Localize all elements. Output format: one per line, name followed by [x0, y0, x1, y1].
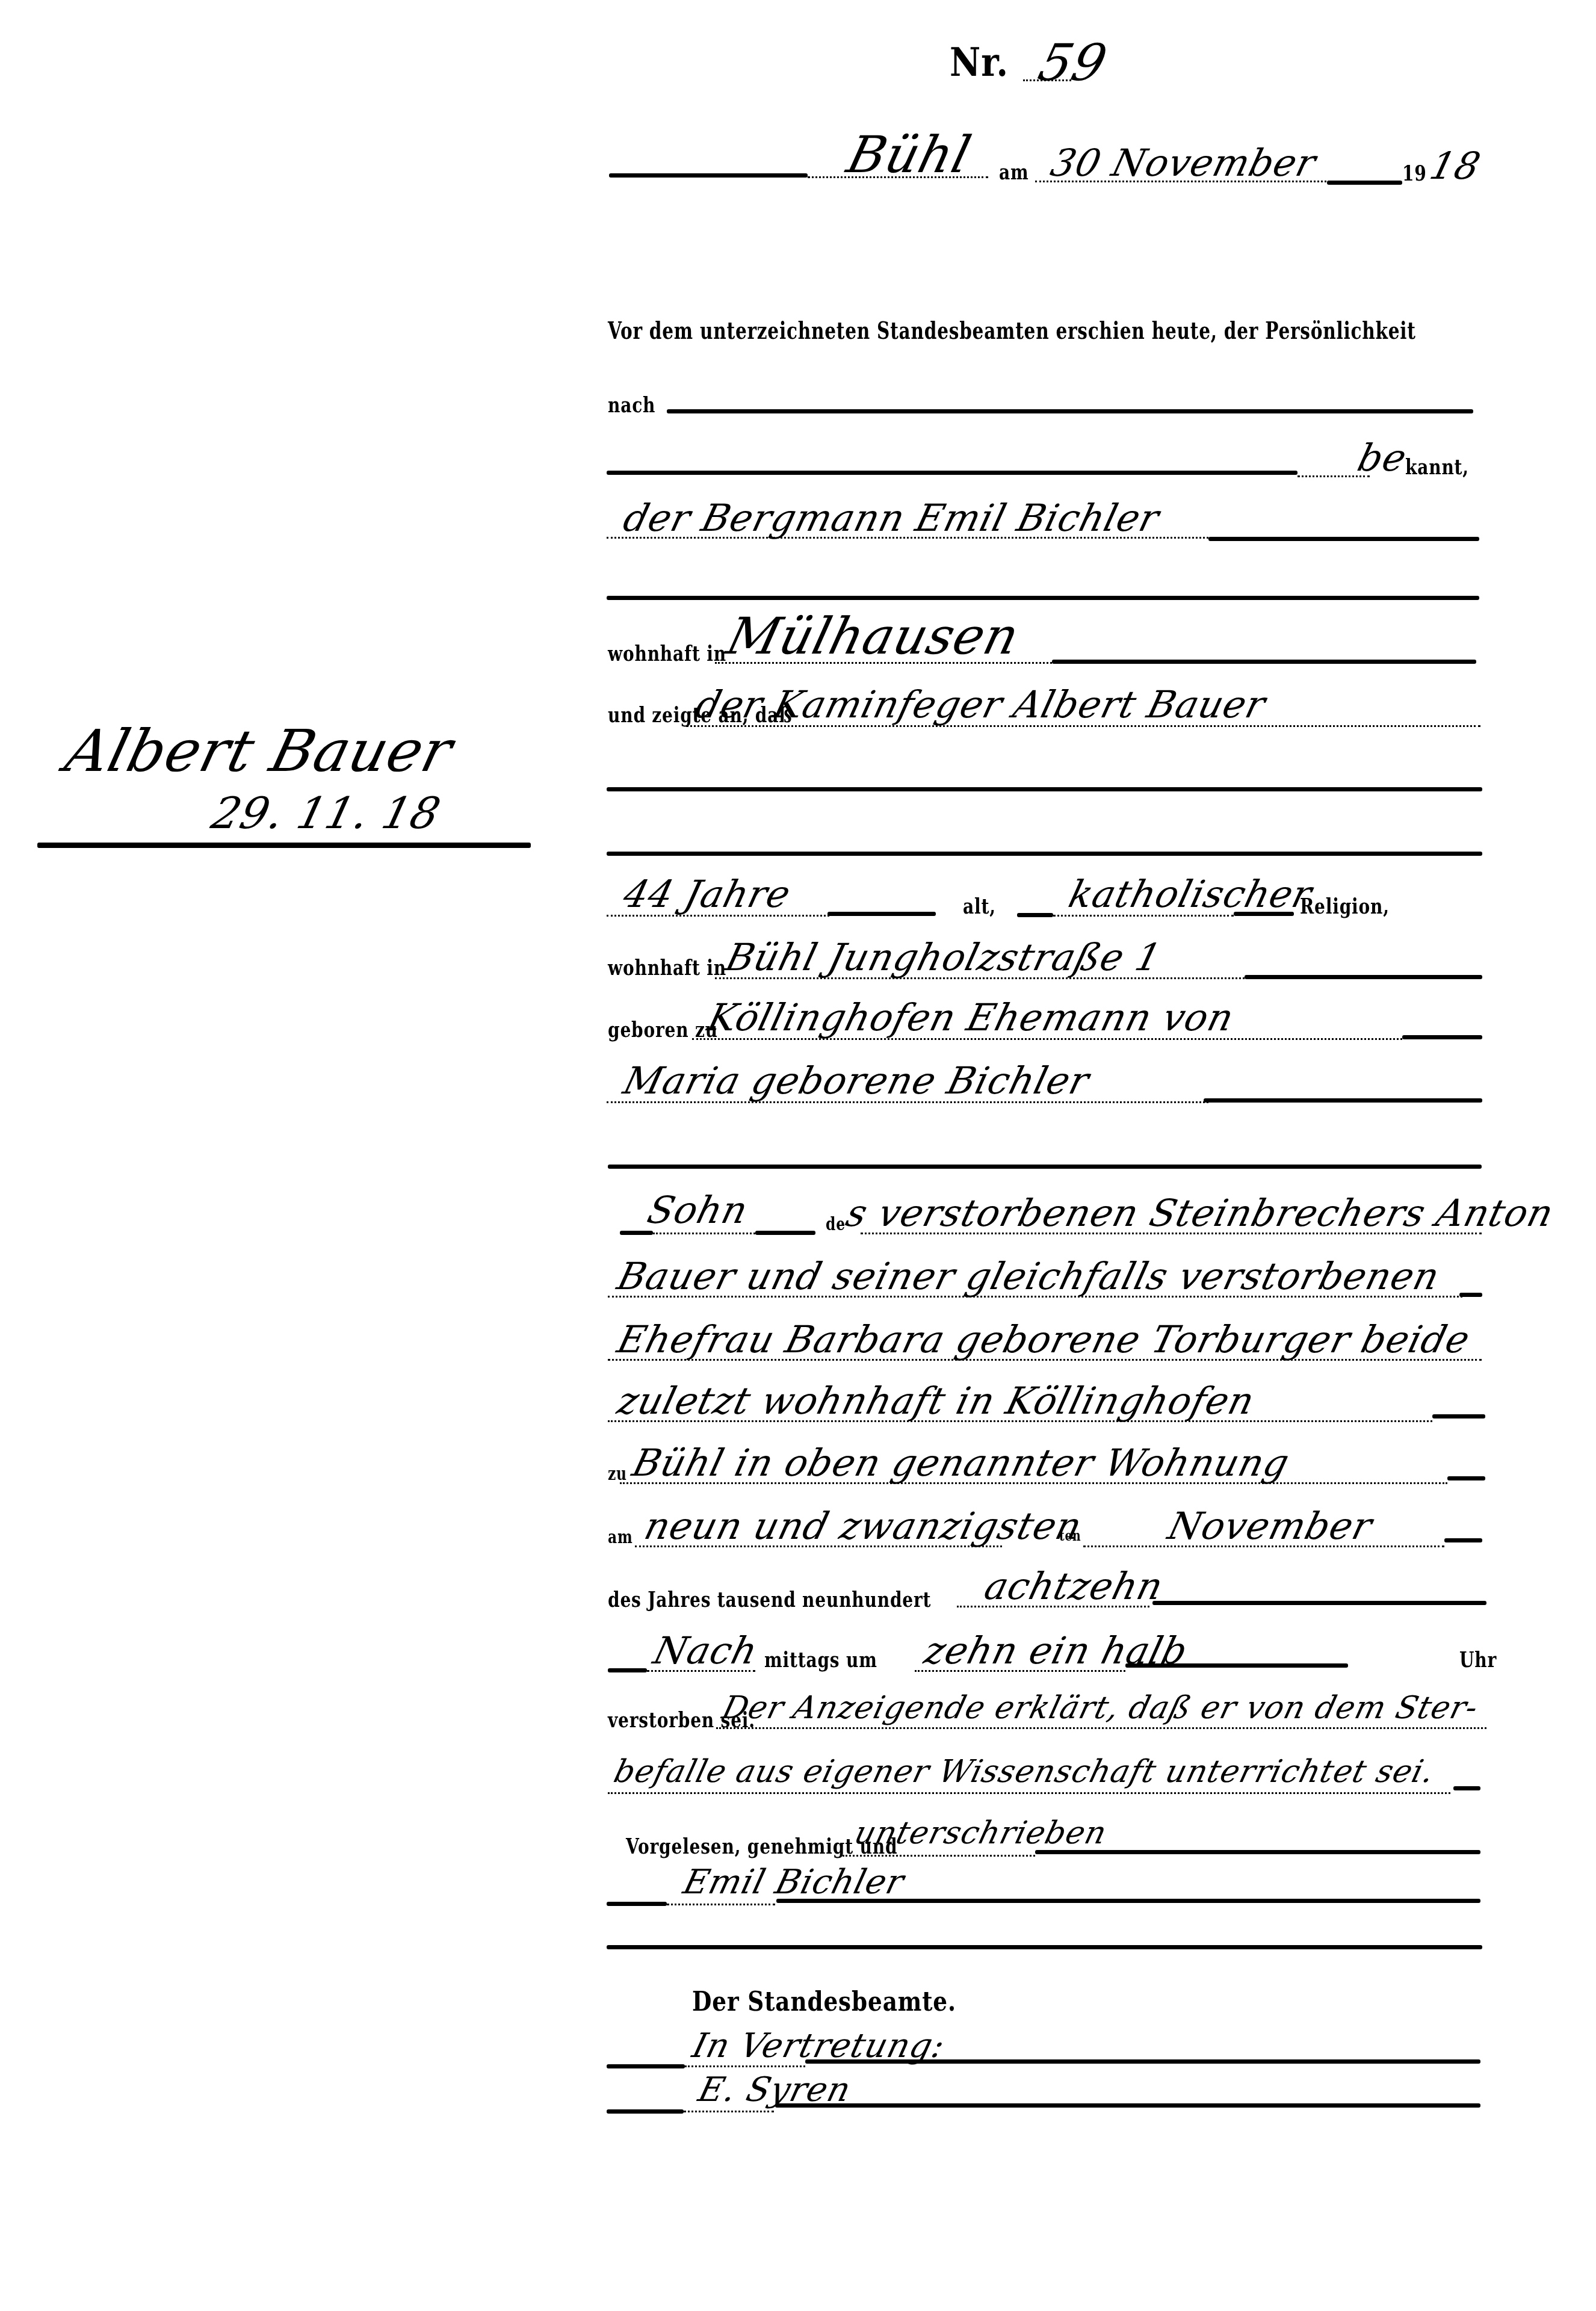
- age-rule: [827, 912, 936, 916]
- death-time-lead-rule: [608, 1668, 647, 1672]
- religion-rule: [1234, 912, 1294, 916]
- death-time-prefix: Nach: [650, 1632, 761, 1669]
- closing-rule: [1035, 1850, 1480, 1854]
- margin-note-name: Albert Bauer: [60, 722, 459, 780]
- record-year-suffix: 18: [1426, 147, 1484, 185]
- death-place-label: zu: [608, 1465, 627, 1483]
- deceased-age: 44 Jahre: [620, 876, 794, 913]
- residence-rule: [1245, 975, 1482, 979]
- death-month: November: [1165, 1508, 1376, 1545]
- record-place: Bühl: [843, 129, 976, 180]
- death-year: achtzehn: [981, 1568, 1167, 1605]
- bekannt-hand: be: [1354, 439, 1411, 477]
- official-signature: E. Syren: [695, 2073, 854, 2107]
- parents-line3: Ehefrau Barbara geborene Torburger beide: [614, 1321, 1474, 1358]
- remark-line2-dots: [608, 1792, 1450, 1794]
- death-place: Bühl in oben genannter Wohnung: [629, 1444, 1293, 1482]
- deceased-name: der Kaminfeger Albert Bauer: [692, 686, 1269, 723]
- death-day: neun und zwanzigsten: [641, 1508, 1086, 1545]
- death-time-label: mittags um: [764, 1649, 877, 1671]
- nach-label: nach: [608, 394, 655, 416]
- deputy-rule: [805, 2059, 1480, 2064]
- deceased-birthplace: Köllinghofen Ehemann von: [704, 999, 1238, 1036]
- place-lead-rule: [609, 173, 808, 178]
- spouse-rule: [1204, 1098, 1482, 1103]
- remark-line2-rule: [1453, 1786, 1480, 1790]
- informant-residence: Mülhausen: [722, 611, 1024, 661]
- informant-signature-dots: [667, 1904, 775, 1905]
- remark-line2: befalle aus eigener Wissenschaft unterri…: [611, 1756, 1438, 1787]
- blank-rule-2: [607, 787, 1482, 791]
- death-time-unit: Uhr: [1459, 1649, 1497, 1671]
- parents-line2-rule: [1459, 1293, 1482, 1297]
- informant-rule: [1208, 537, 1479, 541]
- residence-label: wohnhaft in: [608, 957, 726, 979]
- death-time-rule: [1125, 1663, 1348, 1668]
- deputy-lead-rule: [607, 2064, 685, 2068]
- death-date-label: am: [608, 1529, 633, 1547]
- informant-signature-rule: [776, 1899, 1480, 1903]
- record-date: 30 November: [1047, 144, 1320, 182]
- official-signature-lead-rule: [607, 2109, 684, 2114]
- death-place-rule: [1447, 1476, 1485, 1480]
- record-year-prefix: 19: [1402, 162, 1427, 184]
- parents-line4: zuletzt wohnhaft in Köllinghofen: [614, 1382, 1258, 1420]
- deceased-religion: katholischer: [1065, 876, 1316, 913]
- parents-line4-rule: [1432, 1414, 1485, 1418]
- blank-rule-5: [607, 1945, 1482, 1949]
- remark-line1-dots: [716, 1727, 1486, 1729]
- date-rule: [1327, 181, 1402, 185]
- age-label: alt,: [963, 896, 996, 917]
- parents-mid-rule: [755, 1231, 815, 1235]
- parent-intro-hand: Sohn: [644, 1192, 752, 1229]
- deceased-residence: Bühl Jungholzstraße 1: [722, 939, 1165, 976]
- deputy-dots: [685, 2065, 805, 2067]
- closing-dots: [843, 1855, 1035, 1857]
- informant-signature: Emil Bichler: [680, 1866, 908, 1899]
- parents-hand-dots: [653, 1233, 755, 1234]
- death-month-rule: [1444, 1538, 1482, 1542]
- official-signature-dots: [684, 2111, 774, 2112]
- register-number-label: Nr.: [950, 42, 1009, 82]
- remark-line1: Der Anzeigende erklärt, daß er von dem S…: [719, 1692, 1481, 1724]
- religion-label: Religion,: [1300, 896, 1390, 917]
- birth-label: geboren zu: [608, 1019, 718, 1041]
- bekannt-rule: [607, 471, 1298, 475]
- official-deputy: In Vertretung:: [689, 2029, 948, 2063]
- official-signature-rule: [775, 2103, 1480, 2108]
- closing-hand: unterschrieben: [852, 1818, 1110, 1849]
- nach-rule: [667, 409, 1473, 413]
- margin-note-date: 29. 11. 18: [208, 791, 445, 835]
- religion-lead-rule: [1017, 913, 1053, 917]
- blank-rule-1: [607, 596, 1479, 600]
- informant-residence-rule: [1052, 660, 1476, 664]
- margin-note-rule: [37, 843, 531, 848]
- death-day-suffix: ten: [1059, 1529, 1081, 1543]
- deceased-spouse: Maria geborene Bichler: [620, 1062, 1093, 1100]
- death-year-rule: [1152, 1601, 1486, 1605]
- informant-signature-lead-rule: [607, 1902, 667, 1906]
- date-connector: am: [999, 161, 1028, 183]
- parents-line2: Bauer und seiner gleichfalls verstorbene…: [614, 1258, 1443, 1295]
- blank-rule-3: [607, 852, 1482, 856]
- blank-rule-4: [608, 1165, 1482, 1169]
- informant-name: der Bergmann Emil Bichler: [620, 500, 1163, 537]
- death-year-label: des Jahres tausend neunhundert: [608, 1589, 931, 1610]
- birth-rule: [1402, 1035, 1482, 1039]
- official-title: Der Standesbeamte.: [692, 1989, 956, 2016]
- intro-text: Vor dem unterzeichneten Standesbeamten e…: [608, 319, 1416, 343]
- bekannt-printed: kannt,: [1405, 456, 1469, 478]
- register-number-value: 59: [1034, 37, 1112, 88]
- parents-line1: s verstorbenen Steinbrechers Anton: [843, 1195, 1557, 1232]
- informant-residence-label: wohnhaft in: [608, 643, 726, 664]
